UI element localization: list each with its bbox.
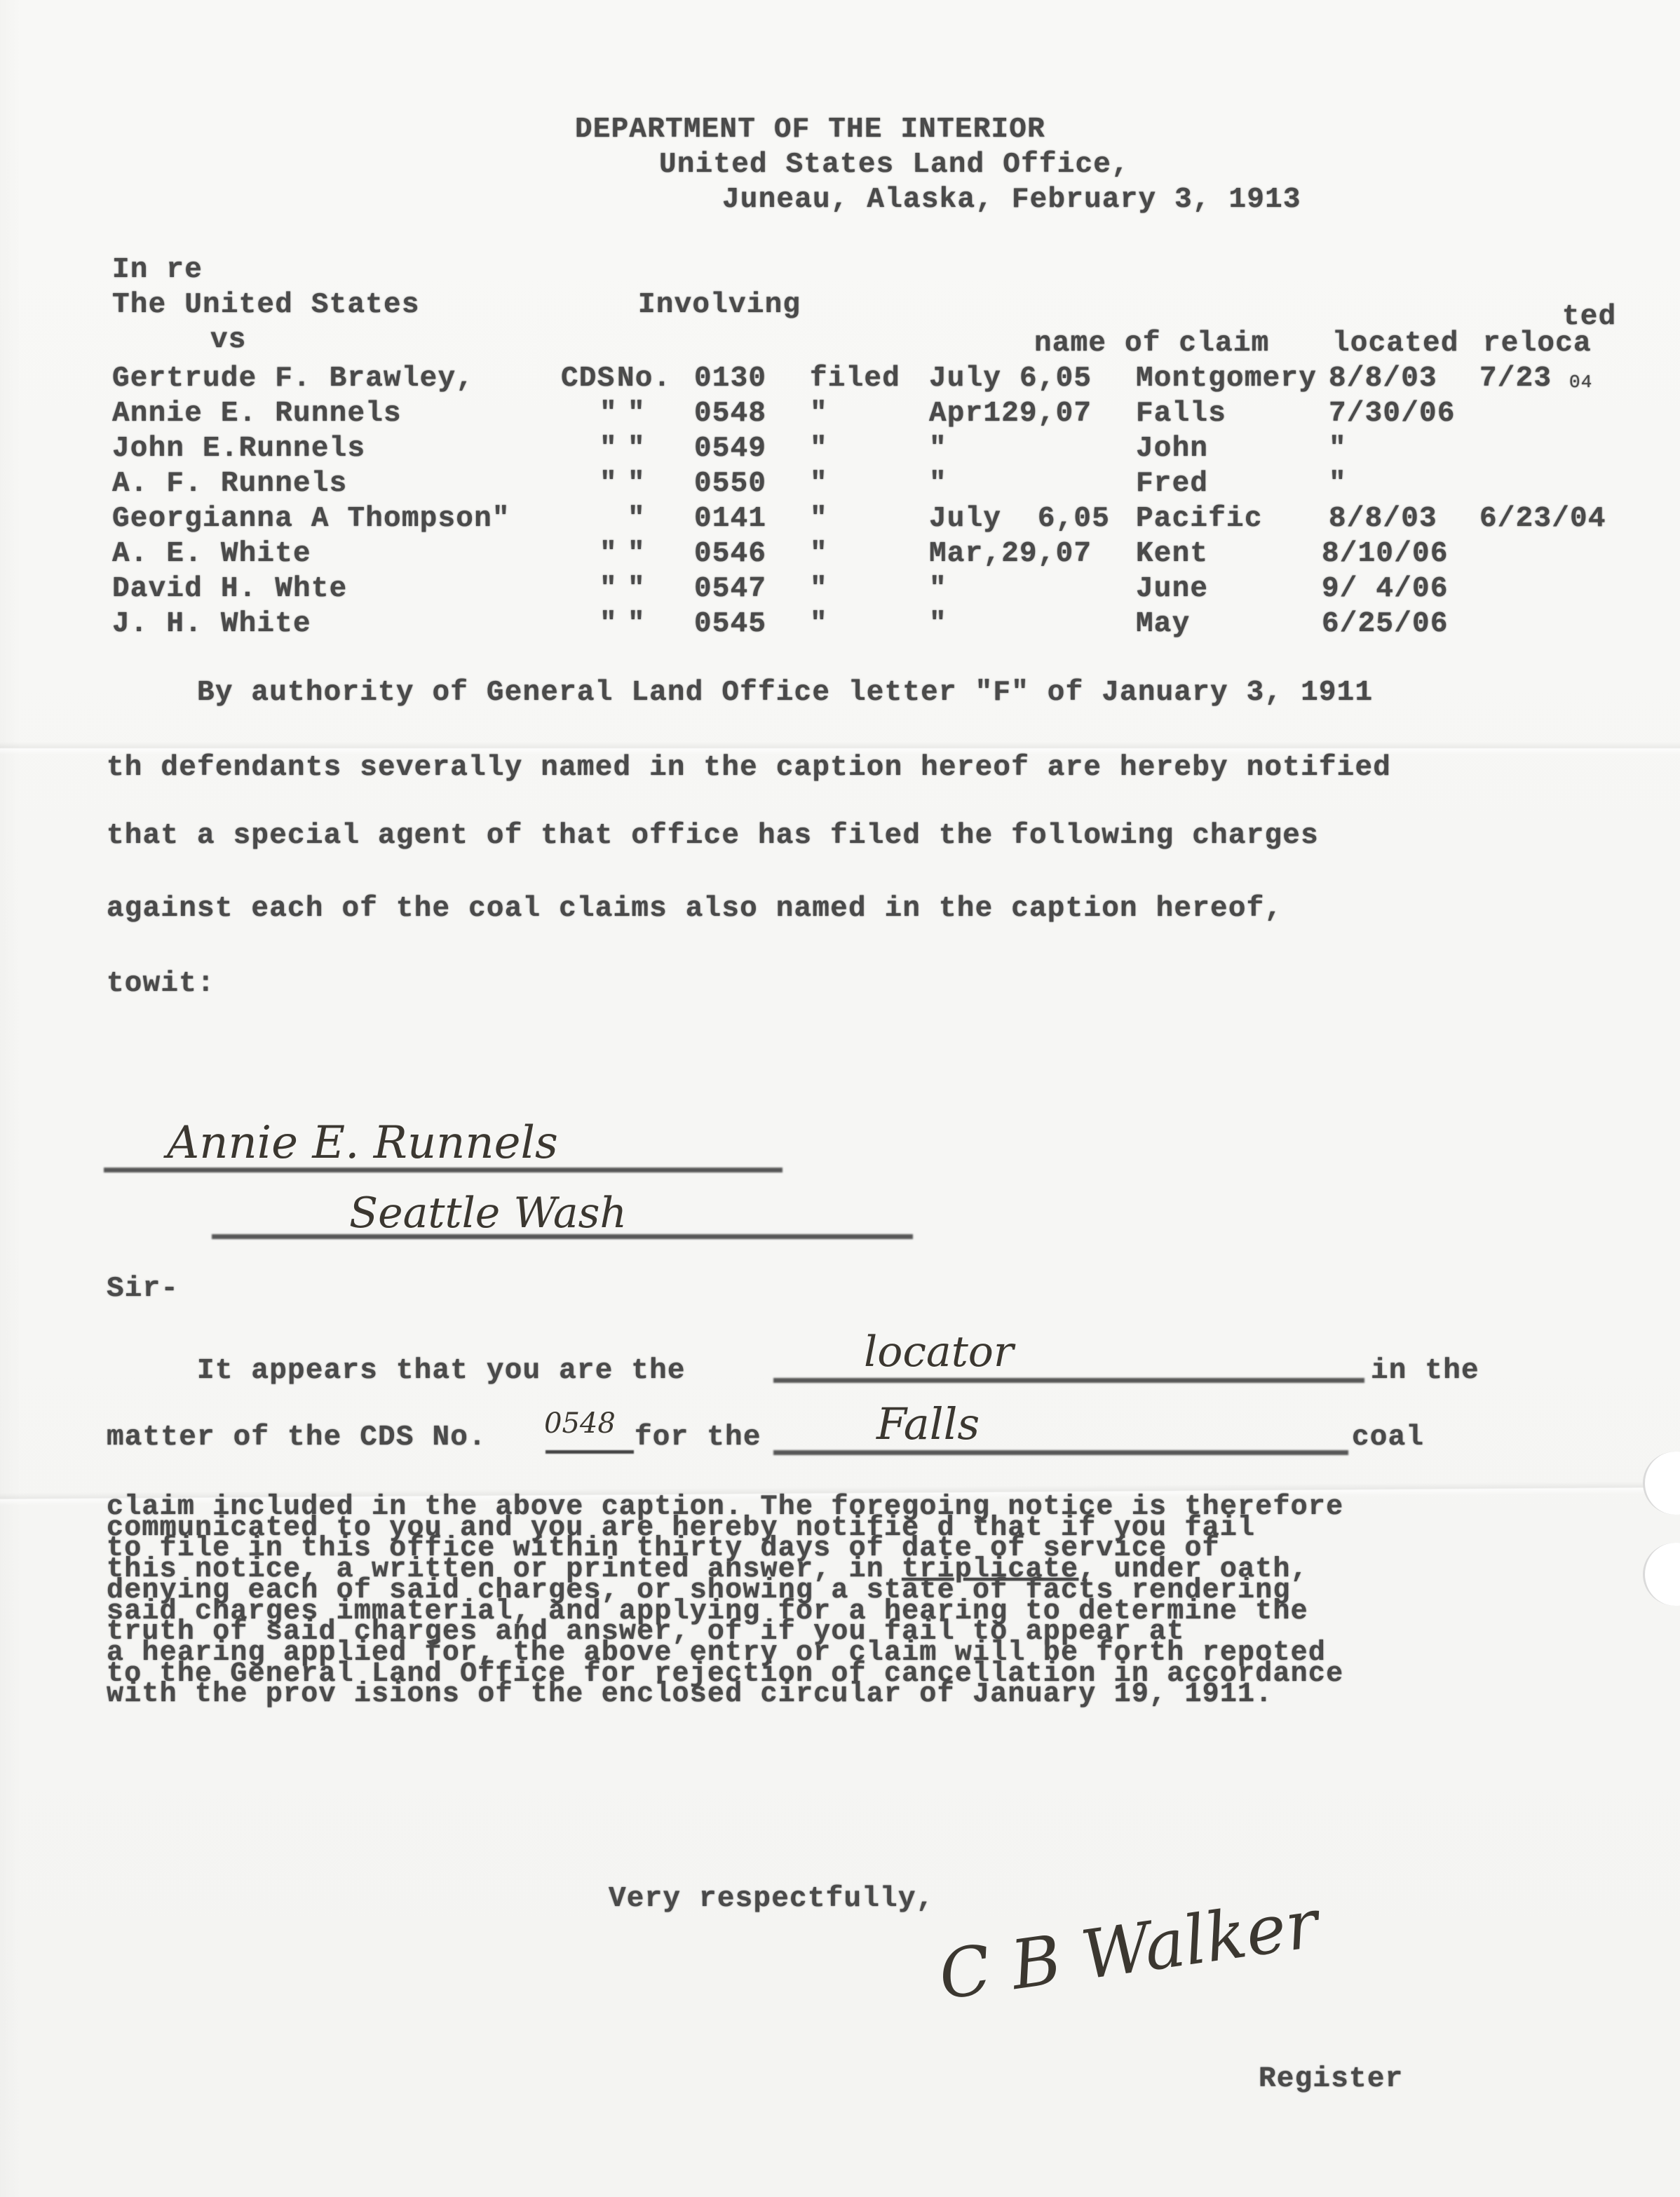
caption-cell-claim: Kent bbox=[1136, 540, 1208, 569]
caption-cell-date: Apr129,07 bbox=[929, 400, 1092, 428]
caption-cell-number: 0141 bbox=[694, 505, 766, 534]
role-fill-line bbox=[773, 1378, 1364, 1383]
caption-cell-date: " bbox=[929, 470, 947, 499]
place-and-date: Juneau, Alaska, February 3, 1913 bbox=[722, 186, 1301, 215]
caption-cell-located: " bbox=[1329, 470, 1347, 499]
caption-cell-relocated: 7/23 bbox=[1479, 365, 1552, 393]
caption-cell-located: 9/ 4/06 bbox=[1322, 575, 1449, 604]
caption-row: A. E. White""0546"Mar,29,07Kent8/10/06 bbox=[0, 540, 1680, 571]
caption-cell-number: 0545 bbox=[694, 610, 766, 639]
addressee-city-handwritten: Seattle Wash bbox=[349, 1192, 627, 1234]
claim-fill-line bbox=[773, 1450, 1348, 1455]
role-handwritten: locator bbox=[864, 1331, 1014, 1373]
addressee-name-line bbox=[104, 1168, 783, 1172]
punch-hole bbox=[1643, 1543, 1680, 1606]
caption-cell-no: " bbox=[628, 610, 646, 639]
caption-cell-defendant: Georgianna A Thompson" bbox=[112, 505, 510, 534]
caption-row: J. H. White""0545""May6/25/06 bbox=[0, 610, 1680, 641]
caption-cell-no: " bbox=[628, 470, 646, 499]
caption-cell-defendant: John E.Runnels bbox=[112, 435, 365, 464]
versus-label: vs bbox=[210, 326, 247, 355]
caption-row: Gertrude F. Brawley,CDSNo.0130filedJuly … bbox=[0, 365, 1680, 396]
addressee-name-handwritten: Annie E. Runnels bbox=[167, 1121, 558, 1165]
caption-cell-date: " bbox=[929, 435, 947, 464]
caption-cell-relocated: 6/23/04 bbox=[1479, 505, 1606, 534]
caption-cell-number: 0550 bbox=[694, 470, 766, 499]
form-line-2-prefix: matter of the CDS No. bbox=[107, 1424, 487, 1452]
caption-cell-located: " bbox=[1329, 435, 1347, 464]
caption-cell-claim: Montgomery bbox=[1136, 365, 1317, 393]
caption-cell-located: 8/8/03 bbox=[1329, 365, 1437, 393]
caption-cell-cds: " bbox=[599, 575, 618, 604]
signer-title: Register bbox=[1259, 2065, 1403, 2094]
caption-cell-defendant: J. H. White bbox=[112, 610, 311, 639]
caption-cell-cds: " bbox=[599, 470, 618, 499]
claim-name-handwritten: Falls bbox=[876, 1402, 980, 1446]
caption-cell-cds: CDS bbox=[561, 365, 615, 393]
involving-label: Involving bbox=[638, 291, 801, 320]
in-re-label: In re bbox=[112, 256, 203, 285]
office-name: United States Land Office, bbox=[659, 151, 1130, 180]
notice-line: with the prov isions of the enclosed cir… bbox=[107, 1681, 1273, 1709]
salutation: Sir- bbox=[107, 1275, 179, 1304]
form-line-1-suffix: in the bbox=[1371, 1357, 1479, 1386]
caption-cell-no: " bbox=[628, 400, 646, 428]
name-of-claim-header: name of claim bbox=[1034, 330, 1269, 358]
form-line-2-middle: for the bbox=[635, 1424, 761, 1452]
cds-number-handwritten: 0548 bbox=[544, 1410, 616, 1438]
caption-cell-relocated-note: 04 bbox=[1569, 373, 1593, 391]
caption-cell-claim: Fred bbox=[1136, 470, 1208, 499]
caption-cell-date: Mar,29,07 bbox=[929, 540, 1092, 569]
authority-line: that a special agent of that office has … bbox=[107, 822, 1319, 851]
caption-cell-no: " bbox=[628, 435, 646, 464]
authority-line: th defendants severally named in the cap… bbox=[107, 754, 1391, 783]
caption-cell-number: 0130 bbox=[694, 365, 766, 393]
located-header: located bbox=[1332, 330, 1459, 358]
caption-cell-date: " bbox=[929, 610, 947, 639]
caption-cell-date: " bbox=[929, 575, 947, 604]
authority-line: By authority of General Land Office lett… bbox=[107, 679, 1373, 708]
caption-cell-filed: " bbox=[810, 575, 828, 604]
document-page: DEPARTMENT OF THE INTERIOR United States… bbox=[0, 0, 1680, 2197]
caption-cell-claim: June bbox=[1136, 575, 1208, 604]
caption-cell-date: July 6,05 bbox=[929, 365, 1092, 393]
caption-row: Annie E. Runnels""0548"Apr129,07Falls7/3… bbox=[0, 400, 1680, 431]
caption-cell-defendant: Gertrude F. Brawley, bbox=[112, 365, 474, 393]
relocated-header: reloca bbox=[1483, 330, 1592, 358]
closing: Very respectfully, bbox=[609, 1885, 934, 1914]
department-heading: DEPARTMENT OF THE INTERIOR bbox=[575, 116, 1045, 144]
caption-cell-located: 8/8/03 bbox=[1329, 505, 1437, 534]
caption-cell-number: 0549 bbox=[694, 435, 766, 464]
caption-cell-filed: " bbox=[810, 505, 828, 534]
caption-cell-number: 0548 bbox=[694, 400, 766, 428]
caption-cell-no: " bbox=[628, 575, 646, 604]
authority-line: against each of the coal claims also nam… bbox=[107, 895, 1282, 924]
caption-cell-number: 0547 bbox=[694, 575, 766, 604]
caption-cell-cds: " bbox=[599, 610, 618, 639]
caption-cell-defendant: A. F. Runnels bbox=[112, 470, 347, 499]
caption-cell-filed: " bbox=[810, 435, 828, 464]
cds-number-line bbox=[546, 1450, 634, 1454]
caption-cell-number: 0546 bbox=[694, 540, 766, 569]
signature-handwritten: C B Walker bbox=[935, 1890, 1322, 2010]
caption-cell-cds: " bbox=[599, 540, 618, 569]
caption-cell-filed: " bbox=[810, 400, 828, 428]
caption-cell-claim: Pacific bbox=[1136, 505, 1263, 534]
caption-cell-no: No. bbox=[617, 365, 671, 393]
caption-cell-no: " bbox=[628, 505, 646, 534]
caption-cell-no: " bbox=[628, 540, 646, 569]
authority-line: towit: bbox=[107, 970, 215, 999]
form-line-1-prefix: It appears that you are the bbox=[107, 1357, 686, 1386]
caption-cell-located: 6/25/06 bbox=[1322, 610, 1449, 639]
caption-cell-filed: " bbox=[810, 540, 828, 569]
caption-cell-claim: John bbox=[1136, 435, 1208, 464]
caption-cell-cds: " bbox=[599, 435, 618, 464]
caption-cell-located: 7/30/06 bbox=[1329, 400, 1456, 428]
caption-cell-cds: " bbox=[599, 400, 618, 428]
caption-row: John E.Runnels""0549""John" bbox=[0, 435, 1680, 466]
punch-hole bbox=[1643, 1452, 1680, 1515]
caption-cell-defendant: Annie E. Runnels bbox=[112, 400, 402, 428]
caption-cell-claim: May bbox=[1136, 610, 1190, 639]
form-line-2-suffix: coal bbox=[1352, 1424, 1424, 1452]
caption-cell-defendant: A. E. White bbox=[112, 540, 311, 569]
caption-cell-filed: filed bbox=[810, 365, 900, 393]
addressee-city-line bbox=[212, 1234, 913, 1239]
plaintiff: The United States bbox=[112, 291, 420, 320]
caption-cell-located: 8/10/06 bbox=[1322, 540, 1449, 569]
caption-cell-filed: " bbox=[810, 610, 828, 639]
caption-row: A. F. Runnels""0550""Fred" bbox=[0, 470, 1680, 501]
caption-row: David H. Whte""0547""June9/ 4/06 bbox=[0, 575, 1680, 606]
caption-row: Georgianna A Thompson""0141"July 6,05Pac… bbox=[0, 505, 1680, 536]
caption-cell-claim: Falls bbox=[1136, 400, 1226, 428]
caption-cell-filed: " bbox=[810, 470, 828, 499]
caption-cell-defendant: David H. Whte bbox=[112, 575, 347, 604]
caption-cell-date: July 6,05 bbox=[929, 505, 1110, 534]
